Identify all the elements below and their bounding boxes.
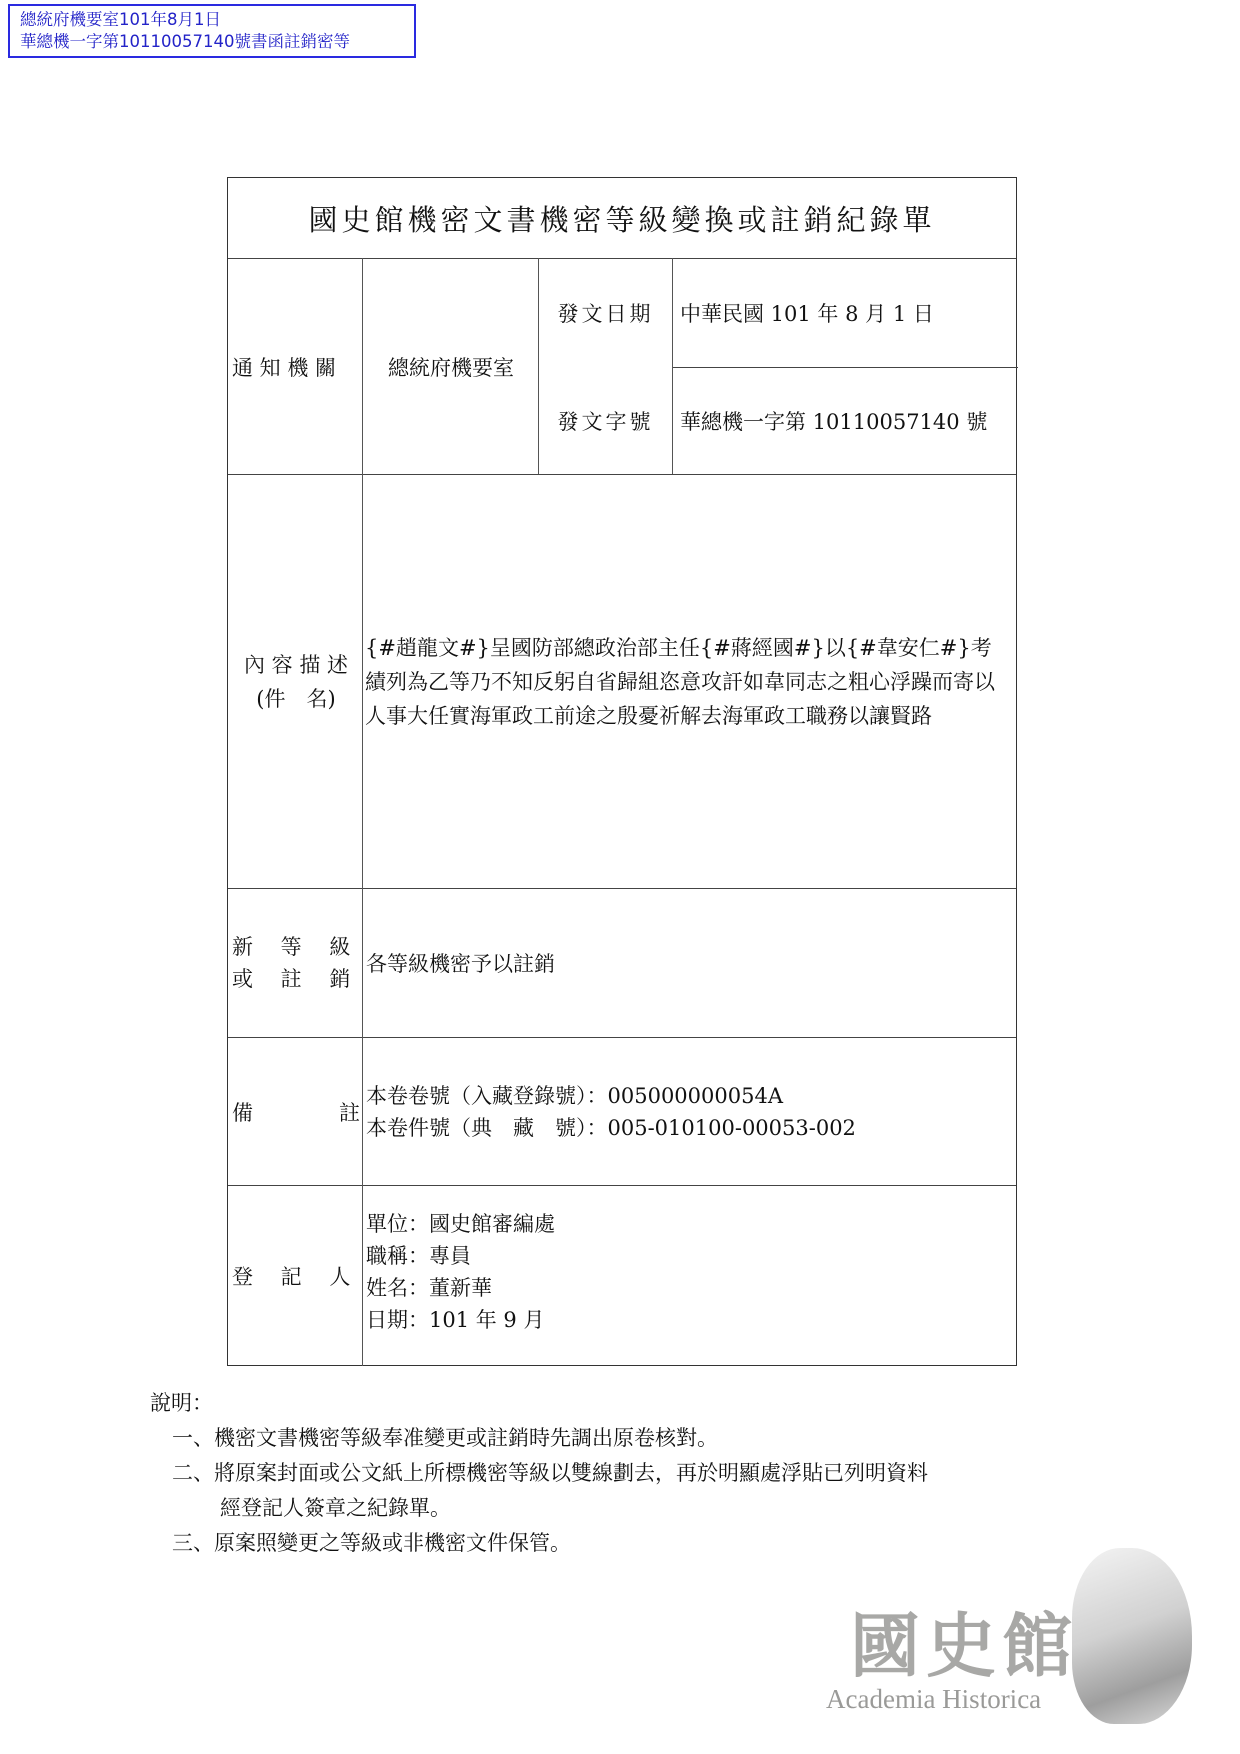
registrar-title: 職稱：專員 bbox=[366, 1240, 471, 1272]
ink-brush-emblem-icon bbox=[1072, 1548, 1192, 1724]
divider bbox=[672, 258, 673, 474]
issue-number-value: 華總機一字第 10110057140 號 bbox=[680, 368, 1016, 474]
volume-number: 本卷卷號（入藏登錄號）：005000000054A bbox=[366, 1080, 783, 1112]
remarks-value: 本卷卷號（入藏登錄號）：005000000054A 本卷件號（典 藏 號）：00… bbox=[366, 1038, 1016, 1185]
note-item-2: 二、將原案封面或公文紙上所標機密等級以雙線劃去，再於明顯處浮貼已列明資料 bbox=[150, 1456, 928, 1491]
issue-date-label: 發文日期 bbox=[539, 259, 672, 367]
registrar-name: 姓名：董新華 bbox=[366, 1272, 492, 1304]
registrar-value: 單位：國史館審編處 職稱：專員 姓名：董新華 日期：101 年 9 月 bbox=[366, 1186, 1016, 1358]
content-value: {#趙龍文#}呈國防部總政治部主任{#蔣經國#}以{#韋安仁#}考績列為乙等乃不… bbox=[365, 475, 1015, 888]
label-line-1: 內 容 描 述 bbox=[244, 648, 348, 682]
divider bbox=[362, 258, 363, 1366]
value-text: 總統府機要室 bbox=[388, 352, 514, 382]
logo-english-text: Academia Historica bbox=[826, 1684, 1041, 1715]
issue-date-value: 中華民國 101 年 8 月 1 日 bbox=[680, 259, 1016, 367]
notifying-agency-value: 總統府機要室 bbox=[364, 259, 538, 474]
record-form-table: 國史館機密文書機密等級變換或註銷紀錄單 通 知 機 關 總統府機要室 發文日期 … bbox=[227, 177, 1017, 1366]
value-text: 各等級機密予以註銷 bbox=[366, 948, 555, 978]
notes-section: 說明： 一、機密文書機密等級奉准變更或註銷時先調出原卷核對。 二、將原案封面或公… bbox=[150, 1386, 928, 1561]
label-text: 發文日期 bbox=[558, 298, 654, 328]
registrar-date: 日期：101 年 9 月 bbox=[366, 1304, 544, 1336]
label-line-2: 或 註 銷 bbox=[232, 963, 350, 995]
label-text: 通 知 機 關 bbox=[232, 352, 336, 382]
logo-chinese-text: 國史館 bbox=[850, 1590, 1078, 1691]
academia-historica-logo: 國史館 Academia Historica bbox=[820, 1520, 1220, 1740]
value-text: {#趙龍文#}呈國防部總政治部主任{#蔣經國#}以{#韋安仁#}考績列為乙等乃不… bbox=[365, 631, 1011, 733]
label-line-1: 新 等 級 bbox=[232, 931, 350, 963]
label-line-2: (件 名) bbox=[256, 682, 335, 716]
new-level-value: 各等級機密予以註銷 bbox=[366, 889, 1016, 1037]
new-level-label: 新 等 級 或 註 銷 bbox=[232, 889, 362, 1037]
notes-heading: 說明： bbox=[150, 1386, 928, 1421]
annotation-stamp: 總統府機要室101年8月1日 華總機一字第10110057140號書函註銷密等 bbox=[8, 4, 416, 58]
note-item-3: 三、原案照變更之等級或非機密文件保管。 bbox=[150, 1526, 928, 1561]
note-item-2-continued: 經登記人簽章之紀錄單。 bbox=[150, 1491, 928, 1526]
label-right: 註 bbox=[339, 1097, 360, 1127]
registrar-label: 登 記 人 bbox=[232, 1186, 362, 1366]
label-text: 發文字號 bbox=[558, 406, 654, 436]
item-number: 本卷件號（典 藏 號）：005-010100-00053-002 bbox=[366, 1112, 856, 1144]
label-text: 登 記 人 bbox=[232, 1261, 350, 1291]
issue-number-label: 發文字號 bbox=[539, 368, 672, 474]
value-text: 華總機一字第 10110057140 號 bbox=[680, 406, 987, 436]
stamp-line-1: 總統府機要室101年8月1日 bbox=[20, 9, 404, 31]
notifying-agency-label: 通 知 機 關 bbox=[232, 259, 362, 474]
value-text: 中華民國 101 年 8 月 1 日 bbox=[680, 298, 934, 328]
form-title: 國史館機密文書機密等級變換或註銷紀錄單 bbox=[228, 178, 1016, 259]
note-item-1: 一、機密文書機密等級奉准變更或註銷時先調出原卷核對。 bbox=[150, 1421, 928, 1456]
registrar-unit: 單位：國史館審編處 bbox=[366, 1208, 555, 1240]
content-label: 內 容 描 述 (件 名) bbox=[230, 475, 362, 888]
remarks-label: 備 註 bbox=[232, 1038, 360, 1185]
label-left: 備 bbox=[232, 1097, 253, 1127]
stamp-line-2: 華總機一字第10110057140號書函註銷密等 bbox=[20, 31, 404, 53]
